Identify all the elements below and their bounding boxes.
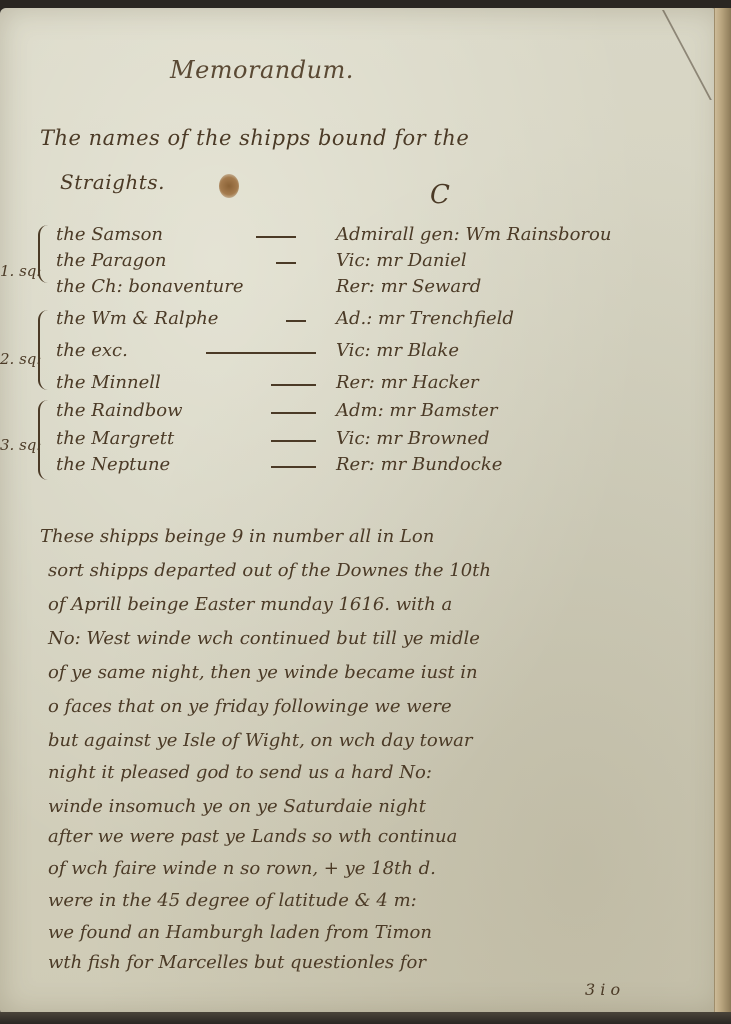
paragraph-line: These shipps beinge 9 in number all in L… [40, 526, 434, 547]
ship-name: the Ch: bonaventure [56, 276, 244, 297]
squadron-3-brace [38, 400, 54, 480]
ship-name: the exc. [56, 340, 128, 361]
ship-commander: Ad.: mr Trenchfield [336, 308, 514, 329]
dash [276, 262, 296, 264]
ship-name: the Minnell [56, 372, 161, 393]
page-edge [714, 8, 731, 1014]
ship-commander: Rer: mr Bundocke [336, 454, 502, 475]
catchword: 3 i o [585, 980, 620, 999]
paragraph-line: winde insomuch ye on ye Saturdaie night [48, 796, 426, 817]
ship-row: the Ch: bonaventure Rer: mr Seward [56, 276, 726, 300]
paragraph-line: after we were past ye Lands so wth conti… [48, 826, 457, 847]
ship-commander: Vic: mr Blake [336, 340, 459, 361]
ink-stain [219, 174, 239, 198]
ship-name: the Margrett [56, 428, 174, 449]
squadron-2-label: 2. sq: [0, 350, 41, 368]
paragraph-line: wth fish for Marcelles but questionles f… [48, 952, 426, 973]
paragraph-line: of ye same night, then ye winde became i… [48, 662, 478, 683]
dash [271, 440, 316, 442]
squadron-1-label: 1. sq: [0, 262, 41, 280]
page-title: Memorandum. [170, 56, 354, 84]
paragraph-line: but against ye Isle of Wight, on wch day… [48, 730, 473, 751]
dash [271, 412, 316, 414]
dash [286, 320, 306, 322]
paragraph-line: o faces that on ye friday followinge we … [48, 696, 452, 717]
heading-line-1: The names of the shipps bound for the [40, 126, 469, 150]
ship-commander: Rer: mr Hacker [336, 372, 479, 393]
paragraph-line: were in the 45 degree of latitude & 4 m: [48, 890, 417, 911]
ship-row: the Margrett Vic: mr Browned [56, 428, 726, 452]
dash [271, 466, 316, 468]
paragraph-line: night it pleased god to send us a hard N… [48, 762, 432, 783]
dash [271, 384, 316, 386]
ship-commander: Rer: mr Seward [336, 276, 481, 297]
ship-name: the Neptune [56, 454, 170, 475]
squadron-3-label: 3. sq: [0, 436, 41, 454]
paragraph-line: No: West winde wch continued but till ye… [48, 628, 480, 649]
ship-row: the Minnell Rer: mr Hacker [56, 372, 726, 396]
ship-row: the Wm & Ralphe Ad.: mr Trenchfield [56, 308, 726, 332]
ship-row: the Neptune Rer: mr Bundocke [56, 454, 726, 478]
ship-commander: Vic: mr Browned [336, 428, 490, 449]
ship-row: the Paragon Vic: mr Daniel [56, 250, 726, 274]
ship-commander: Admirall gen: Wm Rainsborou [336, 224, 611, 245]
paragraph-line: of Aprill beinge Easter munday 1616. wit… [48, 594, 452, 615]
scan-bottom-edge [0, 1012, 731, 1024]
paragraph-line: sort shipps departed out of the Downes t… [48, 560, 491, 581]
dash [256, 236, 296, 238]
squadron-mark: C [430, 180, 450, 210]
paragraph-line: we found an Hamburgh laden from Timon [48, 922, 432, 943]
dash [206, 352, 316, 354]
ship-name: the Wm & Ralphe [56, 308, 218, 329]
ship-row: the exc. Vic: mr Blake [56, 340, 726, 364]
ship-name: the Samson [56, 224, 163, 245]
ship-row: the Raindbow Adm: mr Bamster [56, 400, 726, 424]
squadron-2-brace [38, 310, 54, 390]
ship-name: the Paragon [56, 250, 167, 271]
ship-name: the Raindbow [56, 400, 183, 421]
ship-row: the Samson Admirall gen: Wm Rainsborou [56, 224, 726, 248]
heading-line-2: Straights. [60, 170, 165, 194]
ship-commander: Adm: mr Bamster [336, 400, 498, 421]
paragraph-line: of wch faire winde n so rown, + ye 18th … [48, 858, 436, 879]
squadron-1-brace [38, 225, 54, 283]
ship-commander: Vic: mr Daniel [336, 250, 467, 271]
